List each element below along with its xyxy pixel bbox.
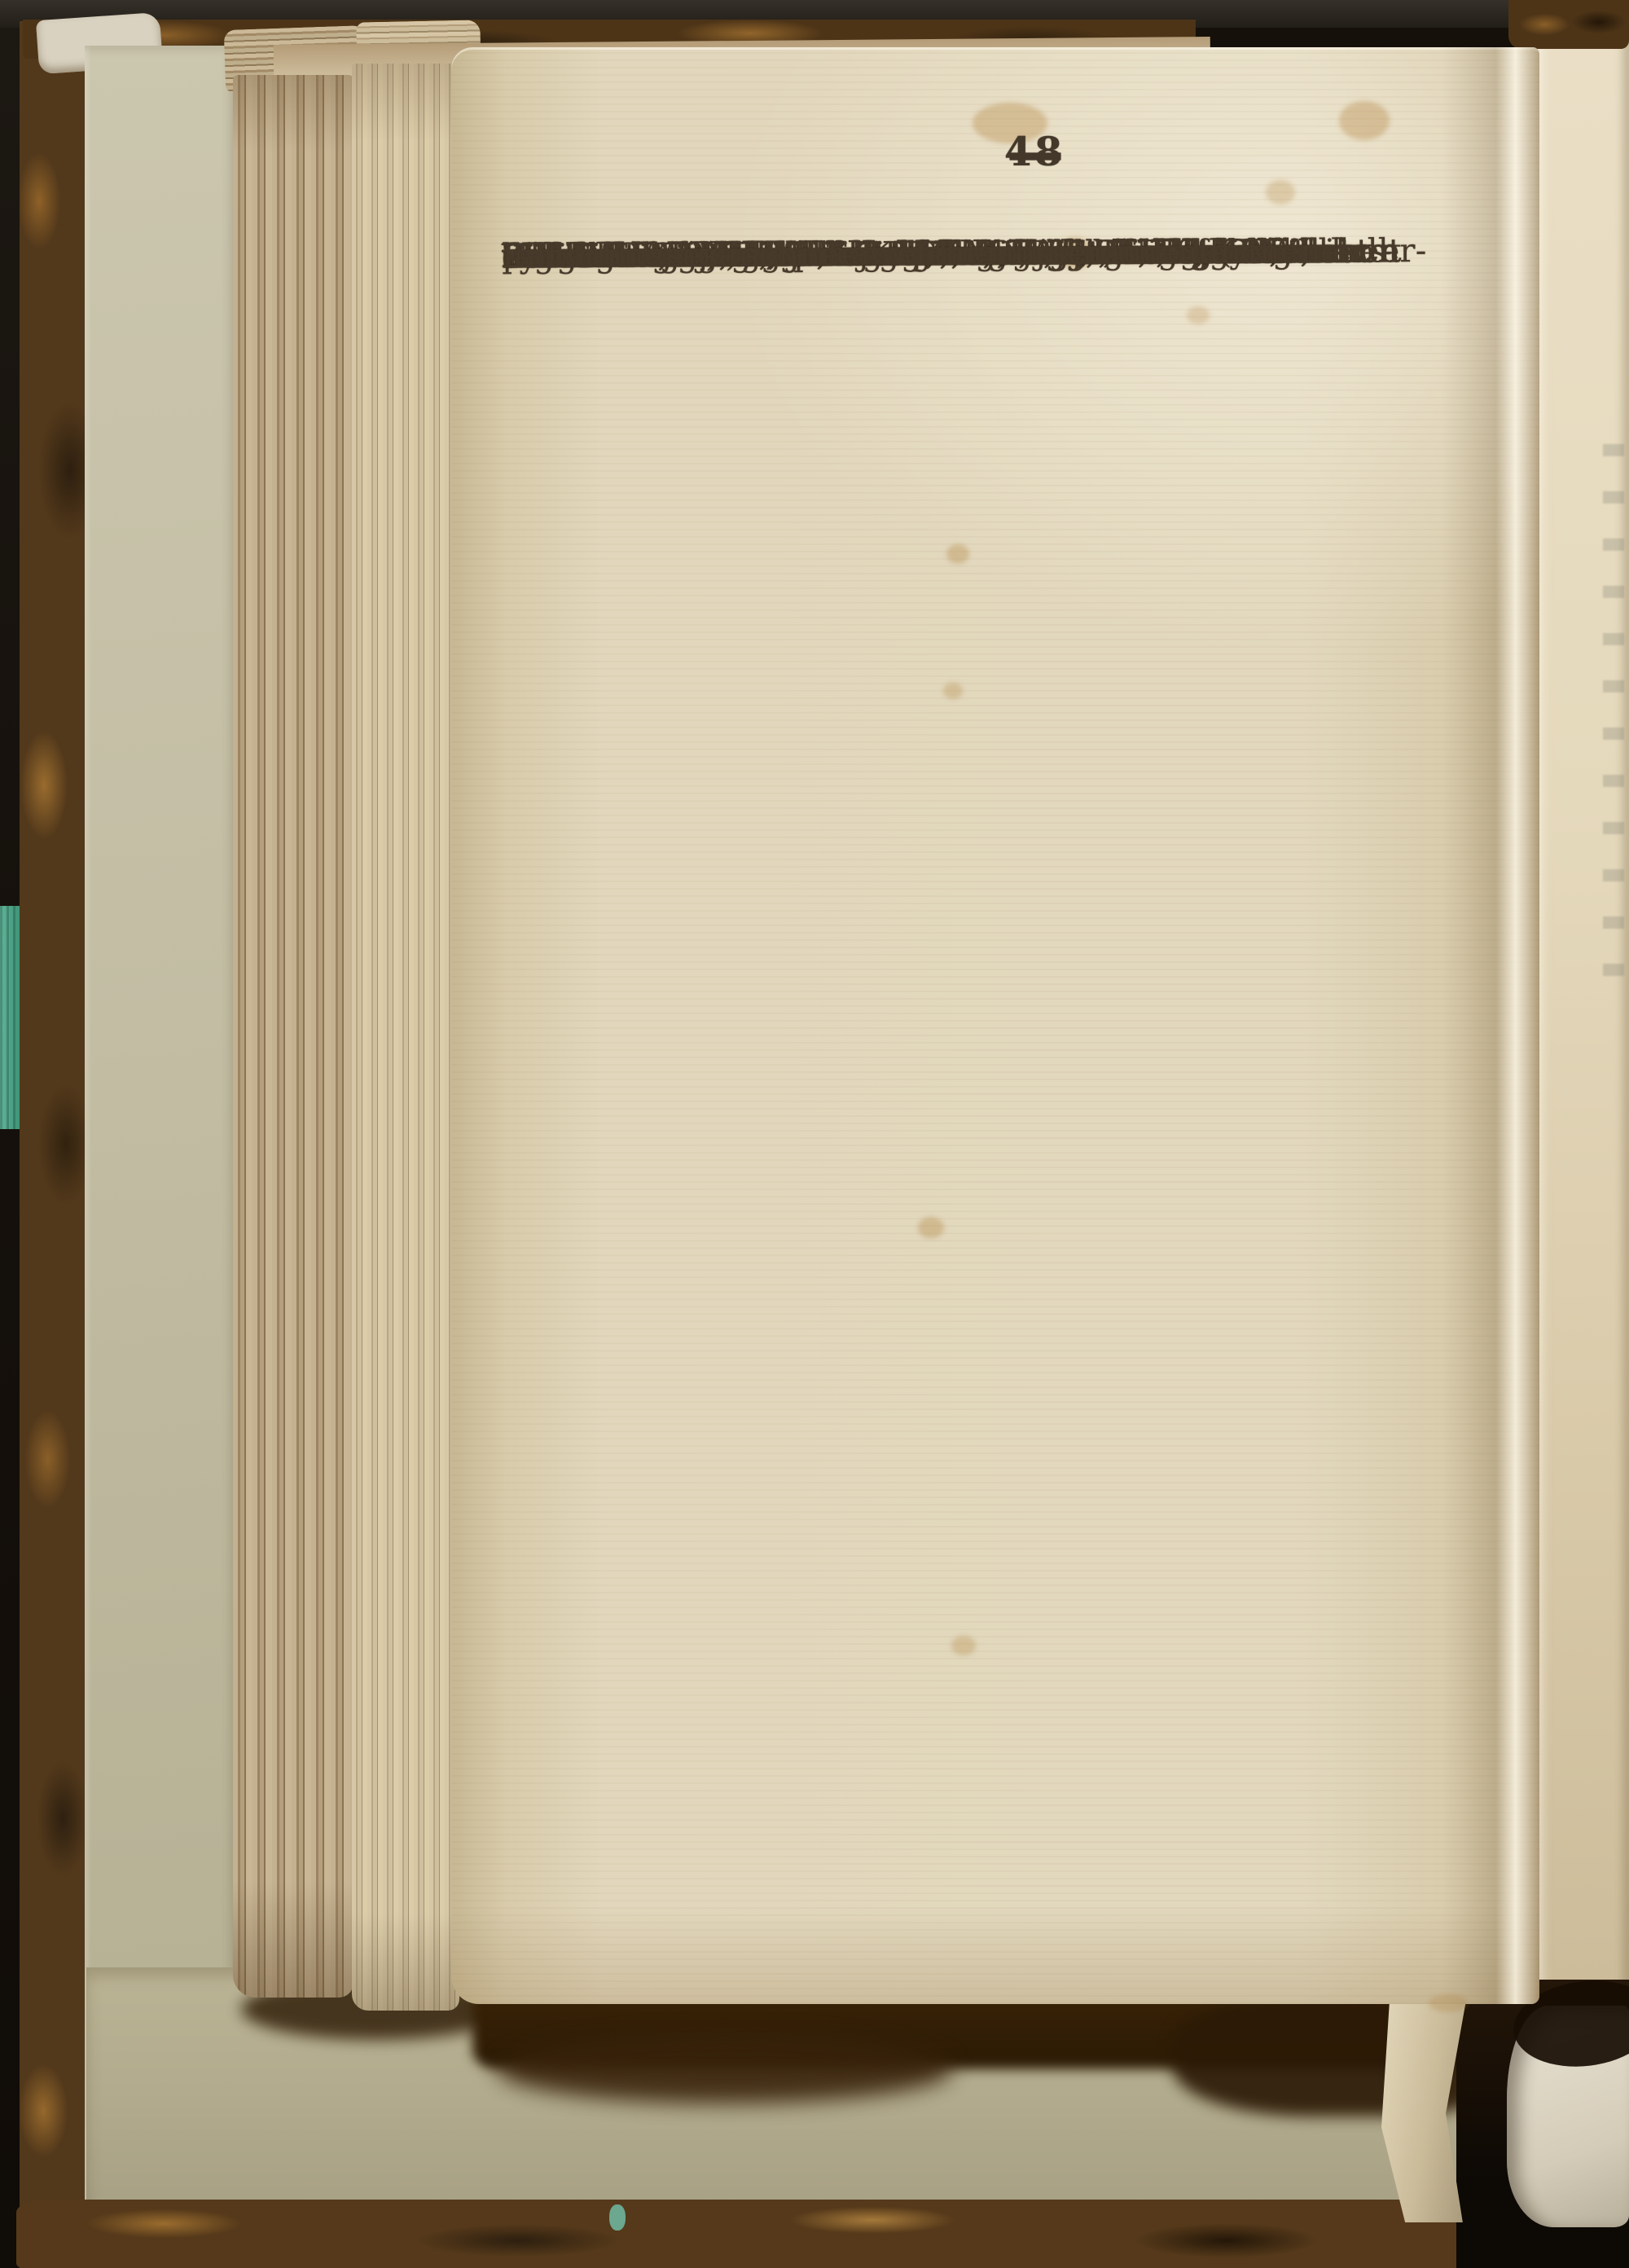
text-line: p h i e das andere ist. Leicht verfolgt … <box>502 228 1322 281</box>
text-line: zwar dergestalt, daſs er von nun an von … <box>502 228 1249 280</box>
text-line: ruhende W a h l, für die besonderen Fäch… <box>502 228 1346 281</box>
foxing-stain <box>918 1217 944 1238</box>
text-line: welche dem V i e l - u n d V i e l e s w… <box>502 228 1305 280</box>
foxing-stain <box>946 544 969 564</box>
book-page: — 48 — 2) Es ist dem Zeitgeiste und der … <box>451 47 1539 2004</box>
text-line: als das Unentbehrlichste angehört; so dr… <box>502 228 1352 281</box>
text-line: nicht frühzeitig Mehreres berühren, kaum… <box>502 228 1368 281</box>
book-cover-edge-left <box>20 21 90 2268</box>
facing-page-edge <box>1535 15 1629 1991</box>
text-line: fung der Fähigkeiten und der wahren Neig… <box>502 228 1358 281</box>
text-line: Ein Solcher bleibt sich sodann, oft sein… <box>502 228 1295 280</box>
page-bottom-shadow <box>497 2035 953 2103</box>
text-line: Leben hindurch, ein Geheimniſs, und verf… <box>502 227 1386 280</box>
foxing-stain <box>1266 180 1295 204</box>
foxing-stain <box>1339 101 1390 140</box>
text-line: höhten Vollkommenheit der heutigen Lehrm… <box>502 228 1334 281</box>
text-line: 2) Es ist dem Zeitgeiste und der so sehr… <box>502 227 1427 280</box>
foxing-stain <box>1429 1994 1468 2012</box>
marbling-speck <box>609 2204 626 2231</box>
foxing-stain <box>1187 306 1210 324</box>
text-line: wissenschaftlicher Zerstreuung gleich ko… <box>502 227 1402 280</box>
text-line: Inhaber schlechthin nicht zu ihrer Ruhe … <box>502 228 1335 281</box>
text-line: wie es denn von jeher so war, daſs mehr … <box>502 228 1258 280</box>
text-line: nichts mehr Notiz nimmt, was seinem Fach… <box>502 228 1353 281</box>
text-line: herrlichung finden, sind immer nur äusse… <box>502 228 1327 281</box>
foxing-stain <box>943 683 963 699</box>
text-line: fehlt ihnen gar bald an der Grösse und S… <box>502 228 1357 281</box>
page-number: 48 <box>1004 128 1065 175</box>
book-cover-edge-bottom <box>16 2200 1492 2268</box>
text-line: versinkt er jezt in die gröſste E i n s … <box>502 228 1311 280</box>
foxing-stain <box>973 103 1047 143</box>
body-text: 2) Es ist dem Zeitgeiste und der so sehr… <box>502 226 1523 233</box>
page-stack-fore-edge <box>352 64 459 2011</box>
text-line: de durchaus entsprechend, daſs die Unive… <box>502 227 1399 280</box>
page-header: — 48 — <box>529 122 1539 181</box>
text-line: l y h i s t o r i e ) das eine Extrem is… <box>502 227 1392 280</box>
endpaper-left <box>85 46 241 2222</box>
show-through-text <box>1603 444 1624 986</box>
text-line: Geringeres als seine Bestimmung ! Derer,… <box>502 227 1401 280</box>
page-stack-fore-edge <box>233 75 353 1998</box>
text-line: birt. Fixirt sich der junge Mann zu früh… <box>502 228 1280 280</box>
binding-top-right <box>1508 0 1629 49</box>
text-line: nige. Shon trefliche Köpfe bringen es, w… <box>502 228 1328 281</box>
header-dash-left: — <box>1007 121 1062 183</box>
foxing-stain <box>1058 237 1092 270</box>
text-line: Entschlusses, ohne welchen die unendlich… <box>502 228 1321 281</box>
text-line: eine Menge von Gefahren, deren jede der … <box>502 228 1337 281</box>
text-line: Studium wo zu ihm das Genie fehlt, währe… <box>502 228 1315 280</box>
header-dash-right: — <box>1007 121 1062 183</box>
book-photograph: — 48 — 2) Es ist dem Zeitgeiste und der … <box>0 0 1629 2268</box>
text-line: näheren Ahnung ihres wahren Berufs, oder… <box>502 228 1285 280</box>
text-line: V i e l e s berühre. Es wird immerdar so… <box>502 228 1280 280</box>
text-line: Zufall als eine umsichtsvolle, auf stren… <box>502 228 1297 280</box>
text-line: dessen für andere Zweige des Wissens bes… <box>502 228 1280 280</box>
foxing-stain <box>951 1636 976 1655</box>
text-line: zu lassen, bis sie das wahre Objekt sein… <box>502 228 1294 280</box>
text-line: das Genie stark genug indizirt ist , um … <box>502 228 1279 280</box>
